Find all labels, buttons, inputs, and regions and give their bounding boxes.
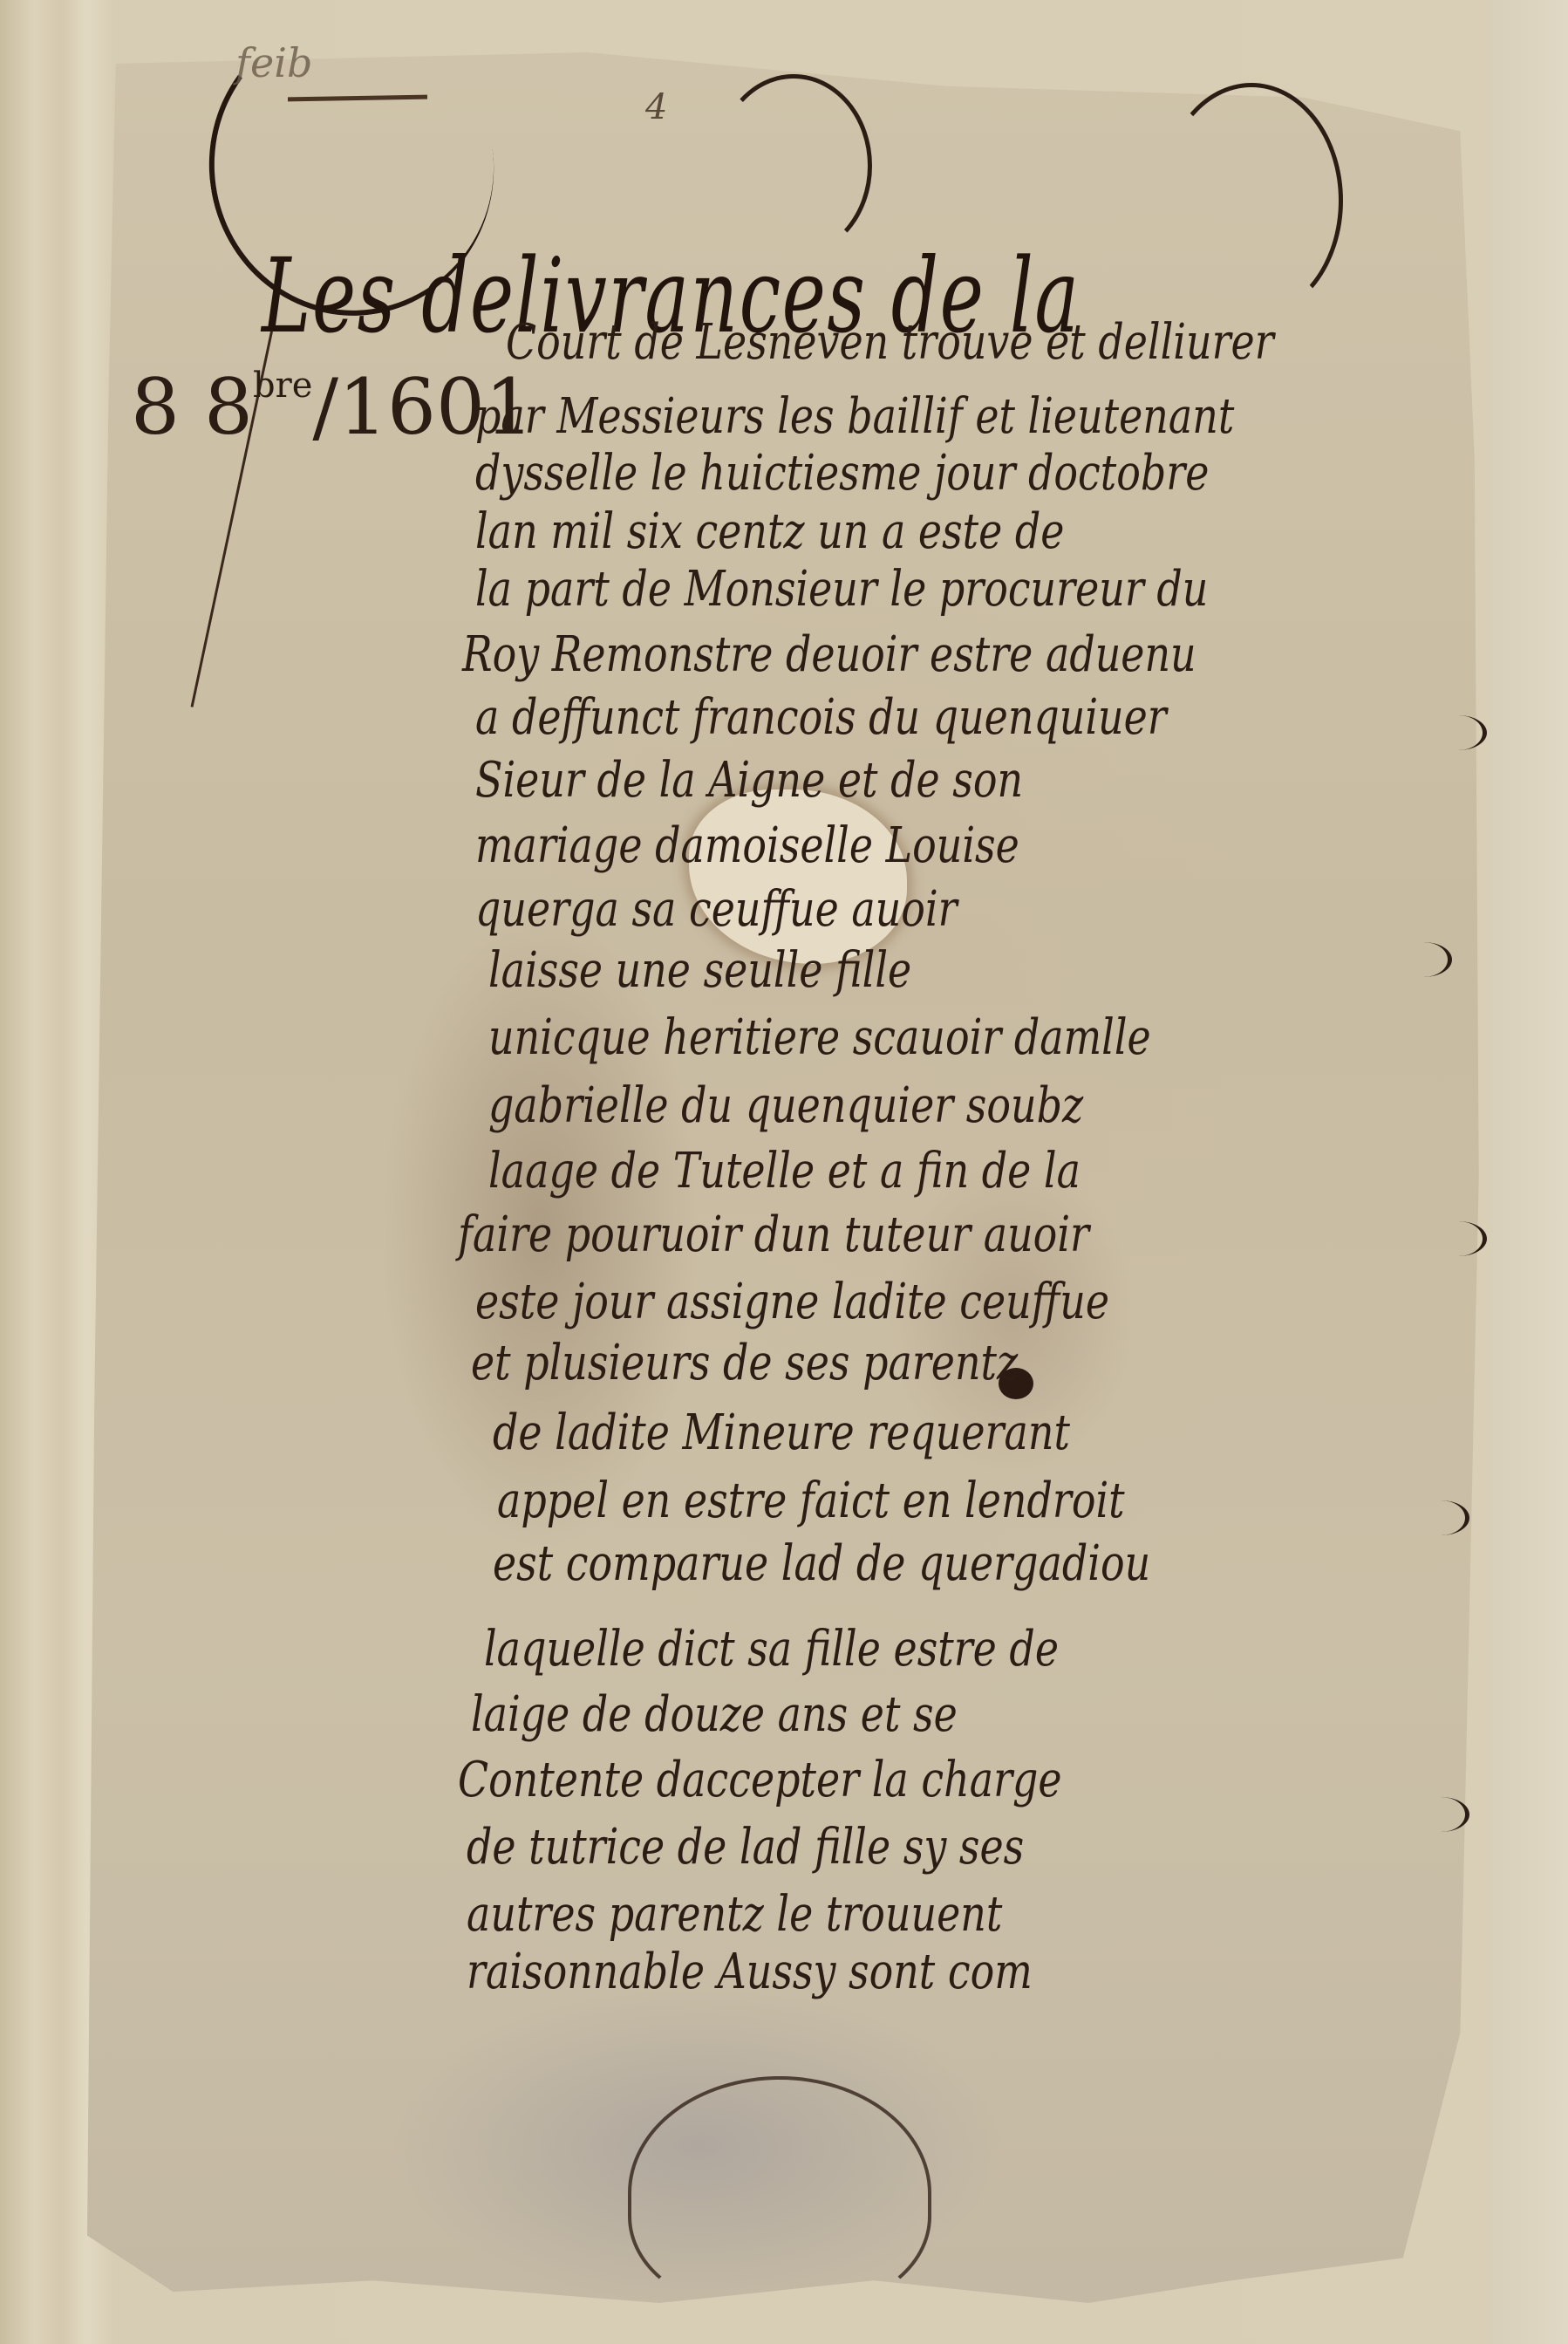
line-end-flourish <box>1413 1500 1469 1535</box>
text-line: mariage damoiselle Louise <box>475 817 1019 874</box>
line-end-flourish <box>1430 1221 1487 1256</box>
text-line: et plusieurs de ses parentz <box>471 1335 1018 1391</box>
folio-mark: feib <box>235 39 312 86</box>
text-line: est comparue lad de quergadiou <box>493 1535 1150 1592</box>
date-day: 8 <box>131 362 180 452</box>
text-line: de ladite Mineure requerant <box>493 1404 1070 1461</box>
text-line: Contente daccepter la charge <box>458 1752 1062 1808</box>
text-line: este jour assigne ladite ceuffue <box>475 1274 1109 1330</box>
text-line: querga sa ceuffue auoir <box>475 881 958 938</box>
line-end-flourish <box>1413 1797 1469 1832</box>
date-month: 8 <box>204 362 253 452</box>
mounting-board-edge <box>1490 0 1568 2344</box>
text-line: Court de Lesneven trouve et delliurer <box>506 314 1274 371</box>
text-line: gabrielle du quenquier soubz <box>488 1077 1083 1134</box>
line-end-flourish <box>1430 715 1487 750</box>
margin-date: 8 8bre/1601 <box>131 362 534 452</box>
text-line: faire pouruoir dun tuteur auoir <box>458 1206 1089 1263</box>
text-line: dysselle le huictiesme jour doctobre <box>475 445 1209 502</box>
title-swash-right <box>1160 83 1343 318</box>
text-line: appel en estre faict en lendroit <box>497 1473 1125 1529</box>
text-line: laisse une seulle fille <box>488 942 911 999</box>
title-swash-left <box>715 74 872 257</box>
text-line: laage de Tutelle et a fin de la <box>488 1143 1081 1199</box>
text-line: de tutrice de lad fille sy ses <box>467 1819 1024 1876</box>
text-line: Sieur de la Aigne et de son <box>475 752 1023 809</box>
text-line: laquelle dict sa fille estre de <box>484 1621 1059 1678</box>
text-line: Roy Remonstre deuoir estre aduenu <box>462 626 1196 683</box>
text-line: unicque heritiere scauoir damlle <box>488 1009 1151 1066</box>
text-line: lan mil six centz un a este de <box>475 503 1064 560</box>
page-number: 4 <box>645 87 667 127</box>
text-line: par Messieurs les baillif et lieutenant <box>475 388 1234 445</box>
text-line: laige de douze ans et se <box>471 1686 958 1743</box>
closing-paraph-flourish <box>628 2076 931 2310</box>
text-line: la part de Monsieur le procureur du <box>475 561 1208 618</box>
text-line: autres parentz le trouuent <box>467 1886 1002 1943</box>
date-month-suffix: bre <box>253 366 312 406</box>
text-line: a deffunct francois du quenquiuer <box>475 689 1167 746</box>
line-end-flourish <box>1395 942 1452 977</box>
text-line: raisonnable Aussy sont com <box>467 1944 1033 2000</box>
